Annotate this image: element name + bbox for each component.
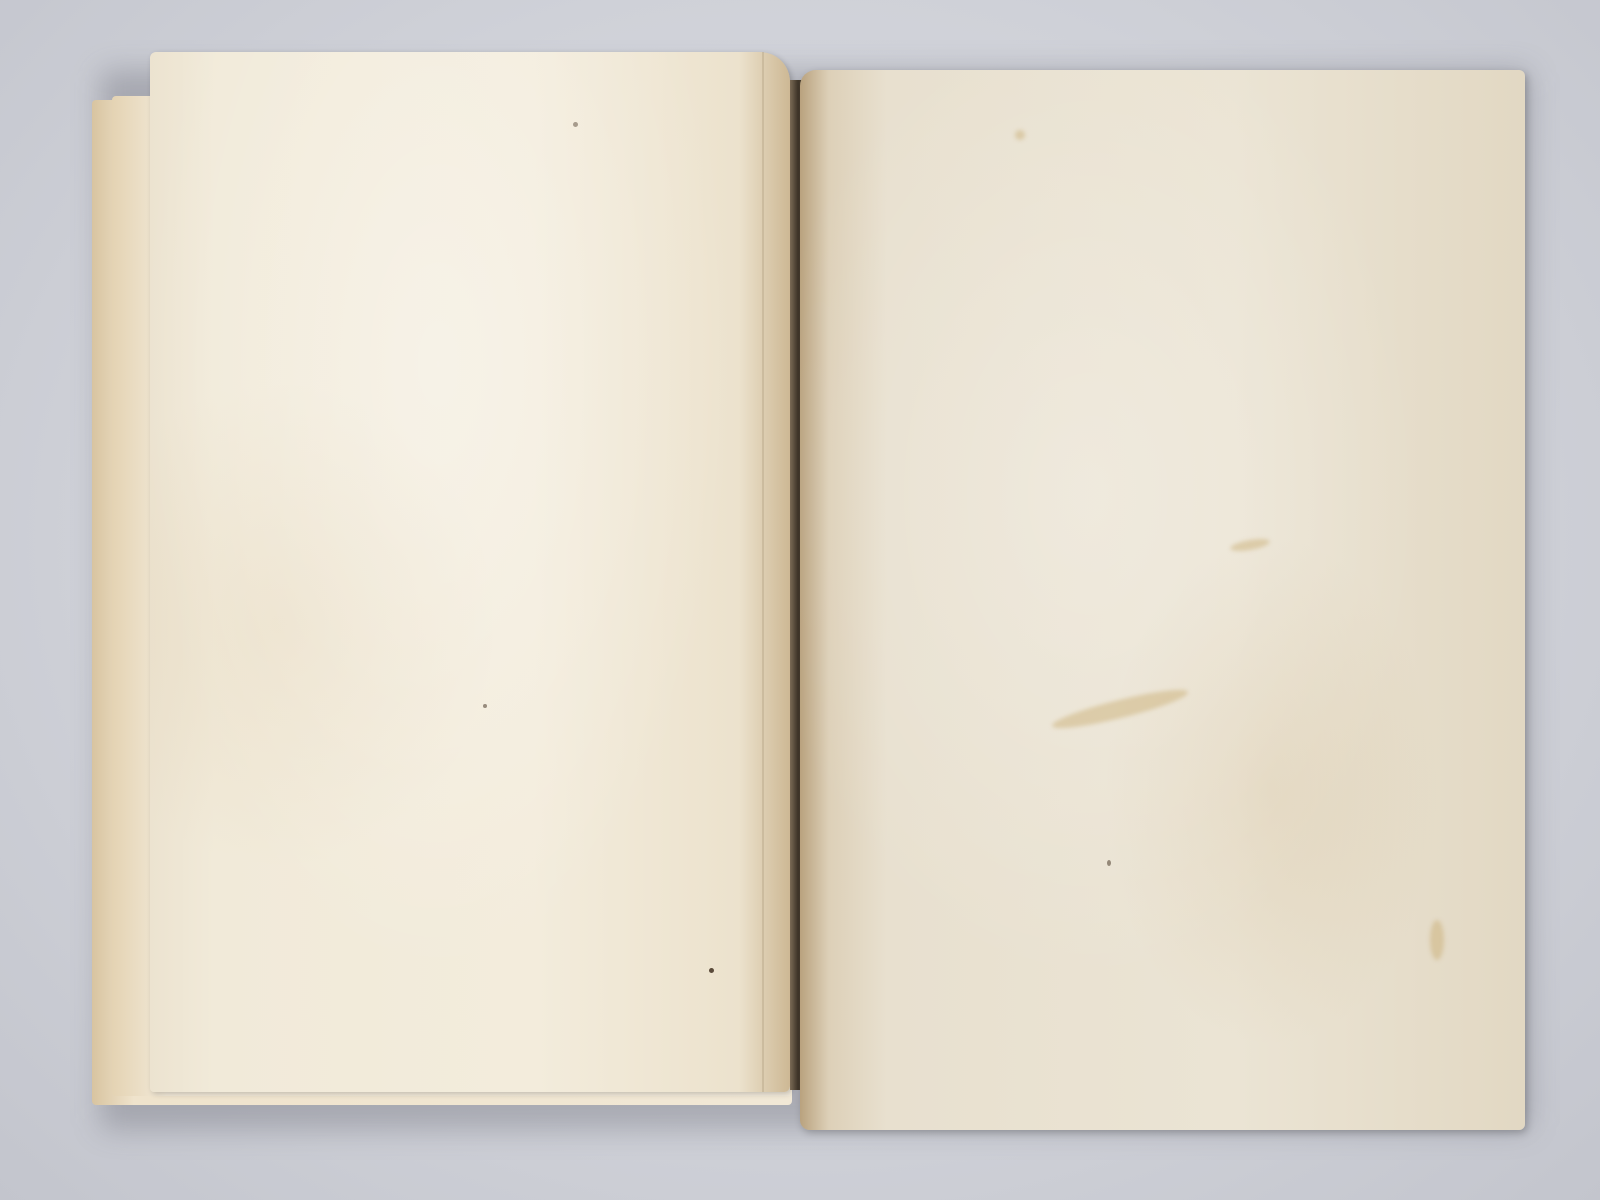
photo-scene — [0, 0, 1600, 1200]
water-stain — [1050, 683, 1190, 734]
stain — [1430, 920, 1444, 960]
speck — [709, 968, 714, 973]
speck — [573, 122, 578, 127]
right-page — [800, 70, 1525, 1130]
stain — [1229, 537, 1270, 554]
speck — [483, 704, 487, 708]
stain — [1015, 130, 1025, 140]
binding-strip — [762, 52, 764, 1092]
left-page — [150, 52, 790, 1092]
speck — [1107, 860, 1111, 866]
